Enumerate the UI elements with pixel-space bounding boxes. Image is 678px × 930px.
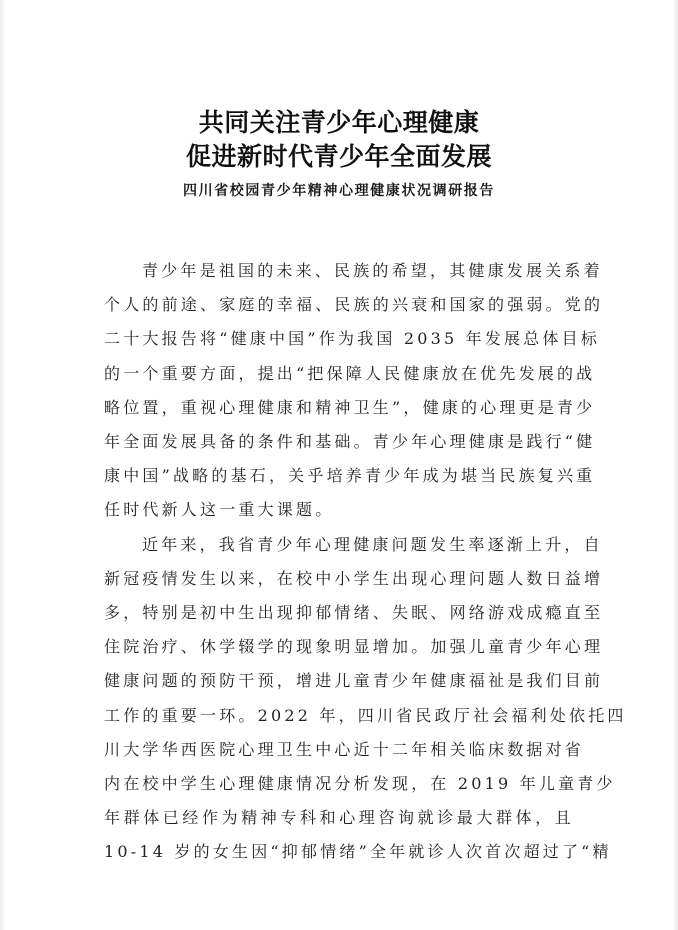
text-line: 略位置，重视心理健康和精神卫生”，健康的心理更是青少	[104, 391, 574, 425]
paragraph-2: 近年来，我省青少年心理健康问题发生率逐渐上升，自 新冠疫情发生以来，在校中小学生…	[104, 528, 574, 870]
text-line: 康中国”战略的基石，关乎培养青少年成为堪当民族复兴重	[104, 459, 574, 493]
text-line: 年群体已经作为精神专科和心理咨询就诊最大群体，且	[104, 801, 574, 835]
title-block: 共同关注青少年心理健康 促进新时代青少年全面发展 四川省校园青少年精神心理健康状…	[0, 106, 678, 201]
text-line: 健康问题的预防干预，增进儿童青少年健康福祉是我们目前	[104, 664, 574, 698]
text-line: 个人的前途、家庭的幸福、民族的兴衰和国家的强弱。党的	[104, 288, 574, 322]
text-line: 任时代新人这一重大课题。	[104, 493, 574, 527]
main-title-line-2: 促进新时代青少年全面发展	[0, 140, 678, 174]
text-line: 年全面发展具备的条件和基础。青少年心理健康是践行“健	[104, 425, 574, 459]
text-line: 的一个重要方面，提出“把保障人民健康放在优先发展的战	[104, 357, 574, 391]
text-line: 青少年是祖国的未来、民族的希望，其健康发展关系着	[104, 254, 574, 288]
text-line: 近年来，我省青少年心理健康问题发生率逐渐上升，自	[104, 528, 574, 562]
text-line: 川大学华西医院心理卫生中心近十二年相关临床数据对省	[104, 733, 574, 767]
text-line: 工作的重要一环。2022 年，四川省民政厅社会福利处依托四	[104, 699, 574, 733]
text-line: 10-14 岁的女生因“抑郁情绪”全年就诊人次首次超过了“精	[104, 835, 574, 869]
text-line: 二十大报告将“健康中国”作为我国 2035 年发展总体目标	[104, 322, 574, 356]
text-line: 新冠疫情发生以来，在校中小学生出现心理问题人数日益增	[104, 562, 574, 596]
text-line: 多，特别是初中生出现抑郁情绪、失眠、网络游戏成瘾直至	[104, 596, 574, 630]
text-line: 内在校中学生心理健康情况分析发现，在 2019 年儿童青少	[104, 767, 574, 801]
paragraph-1: 青少年是祖国的未来、民族的希望，其健康发展关系着 个人的前途、家庭的幸福、民族的…	[104, 254, 574, 528]
document-page: 共同关注青少年心理健康 促进新时代青少年全面发展 四川省校园青少年精神心理健康状…	[0, 0, 678, 930]
body-text: 青少年是祖国的未来、民族的希望，其健康发展关系着 个人的前途、家庭的幸福、民族的…	[104, 254, 574, 870]
text-line: 住院治疗、休学辍学的现象明显增加。加强儿童青少年心理	[104, 630, 574, 664]
main-title-line-1: 共同关注青少年心理健康	[0, 106, 678, 140]
subtitle: 四川省校园青少年精神心理健康状况调研报告	[0, 181, 678, 201]
